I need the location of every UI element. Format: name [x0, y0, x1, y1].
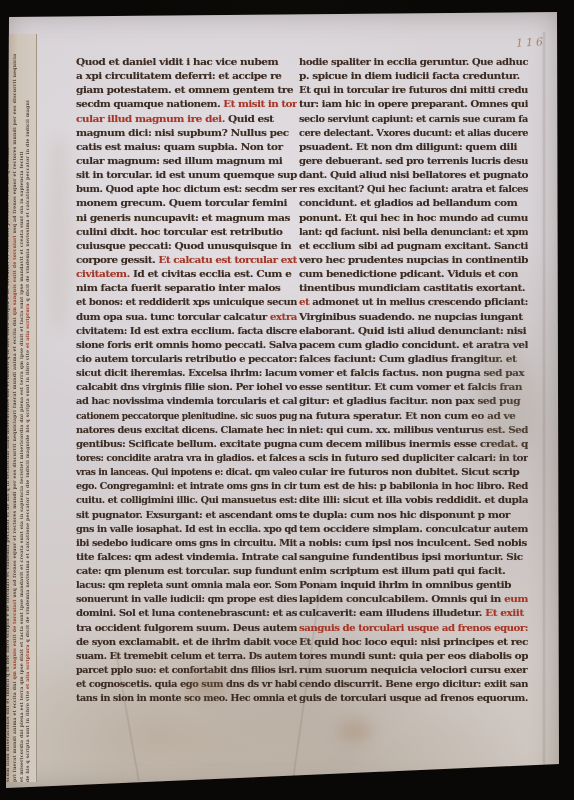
- ink-text: scdm illud miseracionis dni et iudicii q…: [6, 465, 11, 782]
- rubric-text: cular illud magnum ire dei.: [76, 114, 228, 125]
- rubric-text: civitatem.: [76, 269, 133, 280]
- ink-text: civitatem: Id est extra ecclium. facta d…: [76, 326, 297, 337]
- page-crease: [542, 32, 546, 772]
- ink-text: gentibus: Scificate bellum. excitate pug…: [76, 439, 297, 450]
- parchment-stain: [46, 132, 72, 332]
- ink-text: sanguine fundentibus ipsi moriuntur. Sic: [299, 552, 523, 563]
- ink-text: q dicit de vindemia novissima et calcati…: [26, 441, 31, 642]
- ink-text: res excitant? Qui hec faciunt: aratra et…: [299, 184, 528, 195]
- ink-text: te dupla: cum nos hic disponunt p mor: [299, 510, 510, 521]
- parchment-stain: [338, 720, 372, 742]
- ink-text: corpore gessit.: [76, 255, 158, 266]
- ink-text: giam potestatem. et omnem gentem tre: [76, 85, 293, 96]
- rubric-text: Et exiit: [485, 608, 524, 619]
- rubric-text: et alia scriptura: [26, 301, 31, 348]
- ink-text: sit in torcular. id est unum quemque sup: [76, 170, 297, 181]
- ink-text: parcet pplo suo: et confortabit dns fili…: [76, 665, 297, 676]
- ink-text: tinentibus mundiciam castitatis exortant…: [299, 283, 525, 294]
- ink-text: enim scriptum est illum pati qui facit.: [299, 566, 505, 577]
- ink-text: lapidem conculcabilem. Omnis qui in: [299, 594, 504, 605]
- ink-text: gere debuerant. sed pro terrenis lucris …: [299, 156, 528, 167]
- ink-text: hodie spaliter in ecclia geruntur. Que a…: [299, 57, 528, 68]
- ink-text: Et qui in torcular ire futuros dni mitti…: [299, 85, 528, 96]
- ink-text: pri fuerat mundi anima et ecclia dni: [13, 680, 18, 782]
- binding-stub: scdm illud miseracionis dni et iudicii q…: [6, 34, 37, 782]
- ink-text: usq ad frenos equor et rectores mundi pe…: [13, 418, 18, 598]
- ink-text: usq ad frenos equor et rectores mundi pe…: [13, 54, 18, 234]
- ink-text: sit pugnator. Exsurgant: et ascendant om…: [76, 510, 297, 521]
- ink-text: dum opa sua. tunc torcular calcatur: [76, 312, 270, 323]
- ink-text: sonuerunt in valle iudicii: qm prope est…: [76, 594, 297, 605]
- ink-text: a xpi circulitatem deferri: et accipe re: [76, 71, 281, 82]
- ink-text: Et quid hoc loco equi: nisi principes et…: [299, 637, 528, 648]
- rubric-text: sanguis de torculari usque ad frenos equ…: [299, 623, 528, 634]
- ink-text: Quid est: [228, 114, 274, 125]
- ink-text: suam. Et tremebit celum et terra. Ds aut…: [76, 651, 297, 662]
- ink-text: ego. Congregamini: et intrate oms gns in…: [76, 481, 297, 492]
- ink-text: tores: concidite aratra vra in gladios. …: [76, 453, 297, 464]
- ink-text: tra occident fulgorem suum. Deus autem: [76, 623, 297, 634]
- ink-text: cular ire futuros non dubitet. Sicut scr…: [299, 467, 519, 478]
- ink-text: tem occidere simplam. conculcatur autem: [299, 524, 528, 535]
- ink-text: et misericordia dni plena est terra qm i…: [20, 467, 25, 782]
- ink-text: et ecclium sibi ad pugnam excitant. Sanc…: [299, 241, 528, 252]
- ink-text: de his q scripta sunt in libro vite: [26, 348, 31, 441]
- ink-text: secdm quamque nationem.: [76, 99, 223, 110]
- rubric-text: eum: [504, 594, 528, 605]
- ink-text: tite falces: qm adest vindemia. Intrate …: [76, 552, 297, 563]
- ink-text: cuiusque peccati: Quod unusquisque in: [76, 241, 291, 252]
- ink-text: ad hac novissima vindemia torcularis et …: [76, 396, 297, 407]
- parchment-stain: [476, 342, 536, 462]
- rubric-text: Et misit in tor: [223, 99, 297, 110]
- ink-text: natores deus excitat dicens. Clamate hec…: [76, 425, 297, 436]
- ink-text: magnum dici: nisi supbum? Nullus pec: [76, 128, 289, 139]
- ink-text: Id et civitas ecclia est. Cum e: [133, 269, 291, 280]
- ink-text: tum est de his: p babilonia in hoc libro…: [299, 481, 528, 492]
- rubric-text: qm sanguis exiit de torculari: [13, 234, 18, 316]
- stub-text-column: pri fuerat mundi anima et ecclia dni qm …: [13, 34, 20, 782]
- rubric-text: et: [299, 297, 312, 308]
- ink-text: concidunt. et gladios ad bellandum com: [299, 198, 517, 209]
- ink-text: calcabit dns virginis filie sion. Per io…: [76, 382, 297, 393]
- manuscript-line: hodie spaliter in ecclia geruntur. Que a…: [299, 50, 528, 64]
- rubric-text: Et calcatu est torcular ext: [158, 255, 297, 266]
- ink-text: seclo serviunt capiunt: et carnis sue cu…: [299, 114, 528, 125]
- ink-text: sione foris erit omnis homo peccati. Sal…: [76, 340, 297, 351]
- ink-text: cere delectant. Vxores ducunt: et alias …: [299, 128, 528, 139]
- ink-text: tur: iam hic in opere preparant. Omnes q…: [299, 99, 528, 110]
- ink-text: cum benedictione pdicant. Viduis et con: [299, 269, 518, 280]
- ink-text: nim facta fuerit separatio inter malos: [76, 283, 280, 294]
- ink-text: et misericordia dni plena est terra qm i…: [20, 151, 25, 466]
- ink-text: cationem peccatorque plenitudine. sic su…: [76, 411, 297, 422]
- ink-text: ponunt. Et qui hec in hoc mundo ad cumu: [299, 213, 528, 224]
- ink-text: q dicit de vindemia novissima et calcati…: [26, 100, 31, 301]
- ink-text: vras in lanceas. Qui inpotens e: dicat. …: [76, 467, 297, 478]
- ink-text: bum. Quod apte hoc dictum est: secdm ser: [76, 184, 297, 195]
- ink-text: ibi sedebo iudicare oms gns in circuitu.…: [76, 538, 297, 549]
- ink-text: culini dixit. hoc torcular est retributi…: [76, 227, 282, 238]
- rubric-text: et alia scriptura: [26, 642, 31, 689]
- ink-text: scdm illud miseracionis dni et iudicii q…: [6, 148, 11, 465]
- ink-text: monem grecum. Quem torcular femini: [76, 198, 287, 209]
- ink-text: Quod et daniel vidit i hac vice nubem: [76, 57, 278, 68]
- parchment-stain: [186, 672, 226, 698]
- ink-text: gns in valle iosaphat. Id est in ecclia.…: [76, 524, 297, 535]
- manuscript-line: Quod et daniel vidit i hac vice nubem: [76, 50, 297, 64]
- ink-text: admonet ut in melius crescendo pficiant:: [312, 297, 528, 308]
- ink-text: de syon exclamabit. et de ihrlm dabit vo…: [76, 637, 297, 648]
- ink-text: cuitu. et colligimini illic. Qui mansuet…: [76, 495, 297, 506]
- ink-text: domini. Sol et luna contenebrascunt: et …: [76, 608, 297, 619]
- ink-text: cular magnum: sed illum magnum mi: [76, 156, 282, 167]
- ink-text: dite illi: sicut et illa vobis reddidit.…: [299, 495, 528, 506]
- rubric-text: qm sanguis exiit de torculari: [13, 598, 18, 680]
- ink-text: elaborant. Quid isti aliud denunciant: n…: [299, 326, 526, 337]
- stub-text-column: scdm illud miseracionis dni et iudicii q…: [6, 34, 13, 782]
- rubric-text: extra: [270, 312, 297, 323]
- ink-text: lacus: qm repleta sunt omnia mala eor. S…: [76, 580, 297, 591]
- photo-background: scdm illud miseracionis dni et iudicii q…: [0, 0, 574, 800]
- ink-text: guis de torculari usque ad frenos equoru…: [299, 693, 528, 704]
- ink-text: Ponam inquid ihrlm in omnibus gentib: [299, 580, 511, 591]
- ink-text: Virginibus suadendo. ne nupcias iungant: [299, 312, 523, 323]
- ink-text: catis est maius: quam supbia. Non tor: [76, 142, 283, 153]
- text-column-left: Quod et daniel vidit i hac vice nubema x…: [76, 50, 297, 710]
- ink-text: psuadent. Et non dm diligunt: quem dili: [299, 142, 517, 153]
- ink-text: de his q scripta sunt in libro vite: [26, 689, 31, 782]
- ink-text: cate: qm plenum est torcular. sup fundun…: [76, 566, 297, 577]
- manuscript-page: scdm illud miseracionis dni et iudicii q…: [6, 12, 559, 790]
- ink-text: rum suorum nequicia velociori cursu exer: [299, 665, 527, 676]
- ink-text: a nobis: cum ipsi nos inculcent. Sed nob…: [299, 538, 527, 549]
- ink-text: pri fuerat mundi anima et ecclia dni: [13, 315, 18, 417]
- ink-text: et bonos: et reddiderit xps unicuique se…: [76, 297, 297, 308]
- ink-text: sicut dicit iheremias. Excelsa ihrlm: la…: [76, 368, 297, 379]
- ink-text: tores mundi sunt: quia per eos diabolis …: [299, 651, 528, 662]
- ink-text: vero hec prudentes nupcias in continenti…: [299, 255, 528, 266]
- ink-text: p. spicue in diem iudicii facta creduntu…: [299, 71, 520, 82]
- ink-text: cio autem torcularis retributio e peccat…: [76, 354, 297, 365]
- stub-text-column: de his q scripta sunt in libro vite et a…: [26, 34, 33, 782]
- ink-text: culcaverit: eam illudens illudetur.: [299, 608, 485, 619]
- ink-text: dant. Quid aliud nisi bellatores et pugn…: [299, 170, 528, 181]
- ink-text: cendo discurrit. Bene ergo dicitur: exii…: [299, 679, 528, 690]
- ink-text: lant: qd faciunt. nisi bella denunciant:…: [299, 227, 528, 238]
- ink-text: ni generis nuncupavit: et magnum mas: [76, 213, 290, 224]
- ink-text: tans in sion in monte sco meo. Hec omnia…: [76, 693, 297, 704]
